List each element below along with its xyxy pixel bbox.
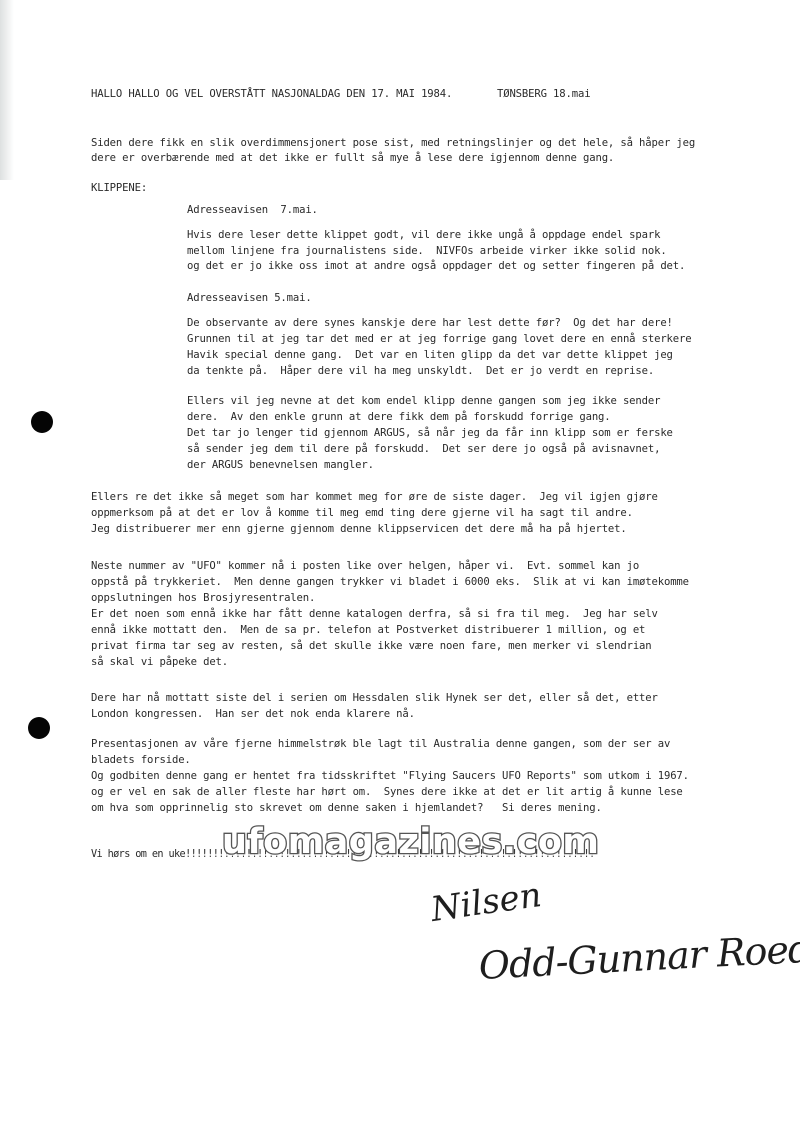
header-greeting: HALLO HALLO OG VEL OVERSTÅTT NASJONALDAG… [91, 87, 452, 101]
clippings-label: KLIPPENE: [91, 181, 147, 195]
signature-line-2: Odd-Gunnar Roed [478, 927, 800, 988]
punch-hole-top [31, 411, 53, 433]
header-place-date: TØNSBERG 18.mai [497, 87, 590, 101]
clipping-source: Adresseavisen 7.mai. [187, 203, 318, 217]
signature-line-1: Nilsen [428, 875, 543, 930]
page-edge-shadow [0, 0, 14, 180]
clipping-source: Adresseavisen 5.mai. [187, 291, 312, 305]
punch-hole-bottom [28, 717, 50, 739]
watermark: ufomagazines.com [222, 822, 599, 862]
